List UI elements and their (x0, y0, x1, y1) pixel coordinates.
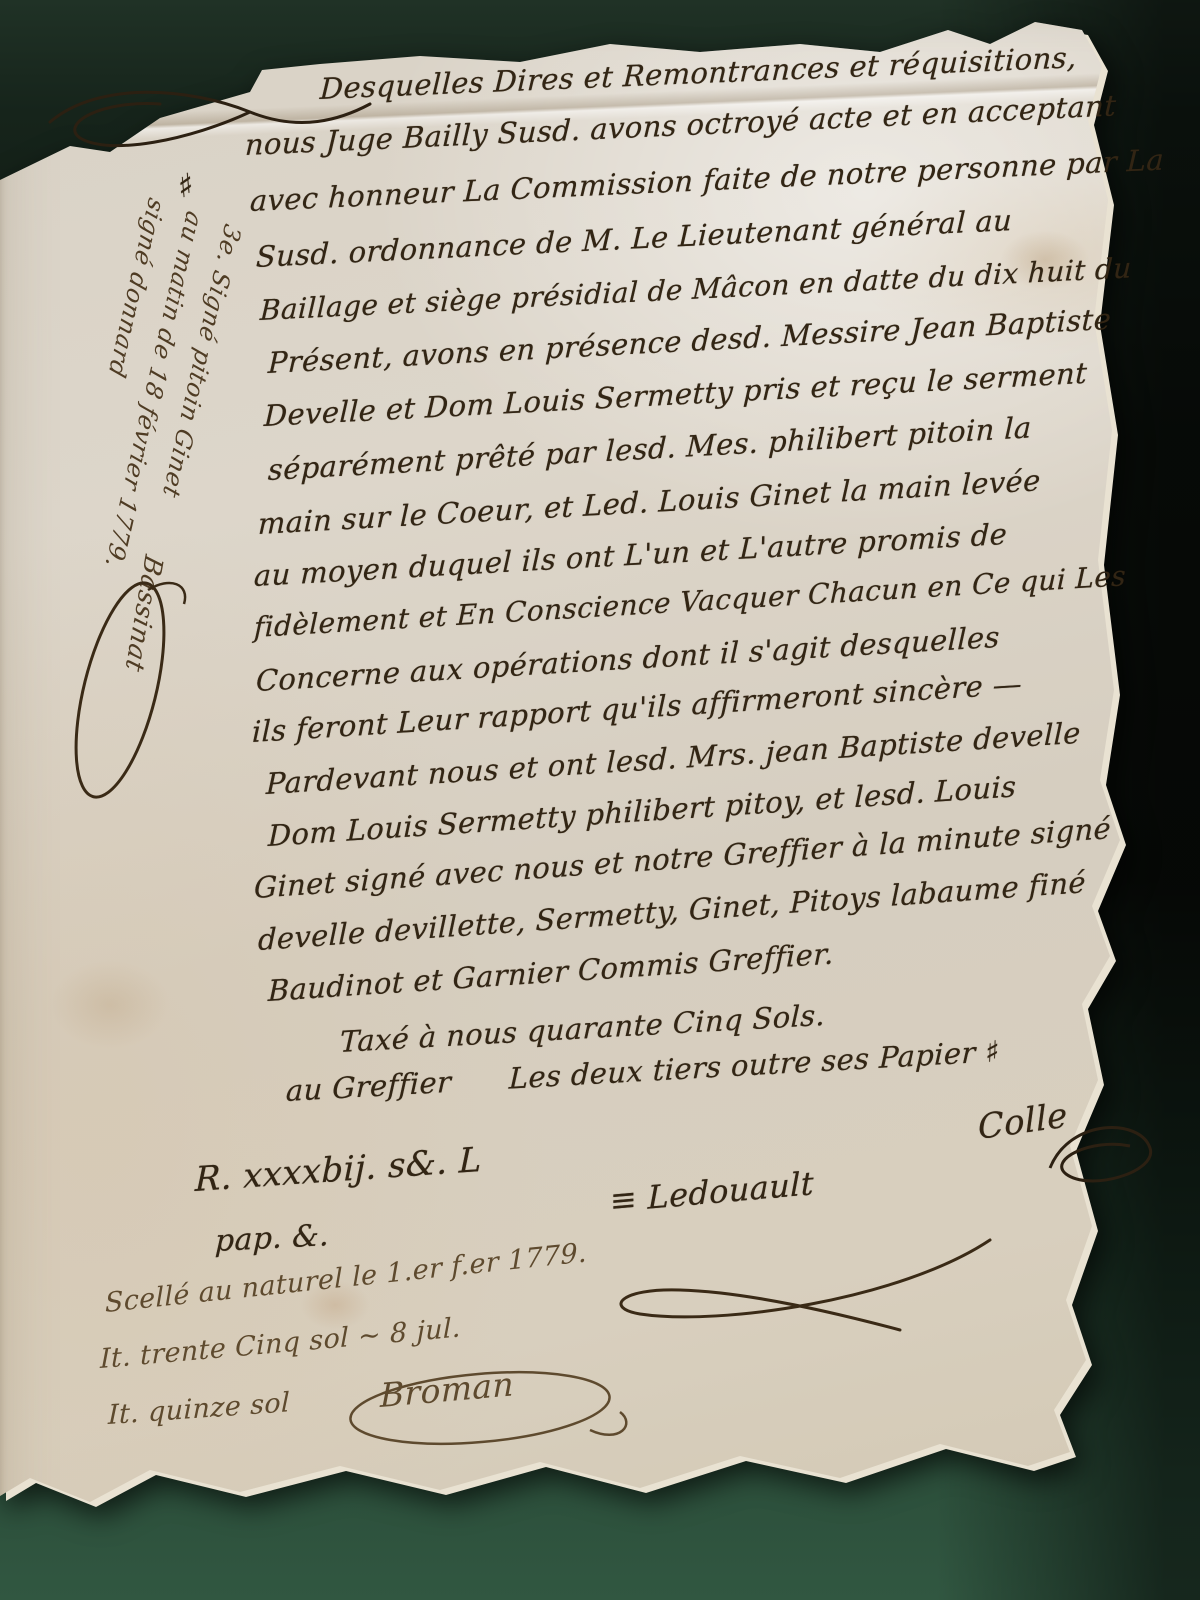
margin-signature-flourish (40, 560, 200, 820)
paraph-clerk-flourish (1030, 1108, 1170, 1198)
signature-judge-flourish (600, 1230, 1020, 1340)
paper-stain (50, 960, 170, 1050)
signature-sealer-flourish (340, 1360, 640, 1460)
fee-notation-paper: pap. &. (214, 1218, 329, 1259)
photo-of-manuscript: Desquelles Dires et Remontrances et réqu… (0, 0, 1200, 1600)
margin-hash-mark: ♯ (176, 165, 195, 206)
